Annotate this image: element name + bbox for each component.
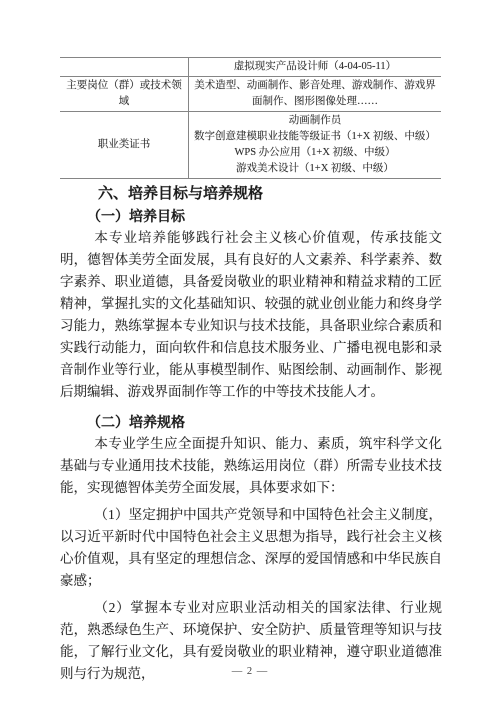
table-row-label: 职业类证书 [60,112,189,179]
paragraph-spec-intro: 本专业学生应全面提升知识、能力、素质，筑牢科学文化基础与专业通用技术技能，熟练运… [60,433,442,499]
table-cell-line: 美术造型、动画制作、影音处理、游戏制作、游戏界面制作、图形图像处理…… [193,78,437,110]
subsection-heading-objectives: （一）培养目标 [60,205,442,227]
table-row-label: 主要岗位（群）或技术领域 [60,77,189,112]
section-heading-training-objectives: 六、培养目标与培养规格 [60,183,442,205]
table-cell-main-positions: 美术造型、动画制作、影音处理、游戏制作、游戏界面制作、图形图像处理…… [189,77,442,112]
table-cell-certificates: 动画制作员 数字创意建模职业技能等级证书（1+X 初级、中级） WPS 办公应用… [189,112,442,179]
subsection-heading-specifications: （二）培养规格 [60,411,442,433]
table-row-label [60,58,189,77]
table-cell-job-title: 虚拟现实产品设计师（4-04-05-11） [189,58,442,77]
paragraph-requirement-1: （1）坚定拥护中国共产党领导和中国特色社会主义制度，以习近平新时代中国特色社会主… [60,504,442,592]
table-cell-line: 虚拟现实产品设计师（4-04-05-11） [193,59,437,75]
table-cell-line: WPS 办公应用（1+X 初级、中级） [193,145,437,161]
table-row-main-positions: 主要岗位（群）或技术领域 美术造型、动画制作、影音处理、游戏制作、游戏界面制作、… [60,77,441,112]
paragraph-training-objective: 本专业培养能够践行社会主义核心价值观，传承技能文明，德智体美劳全面发展，具有良好… [60,227,442,403]
table-row-job-title: 虚拟现实产品设计师（4-04-05-11） [60,58,441,77]
table-cell-line: 游戏美术设计（1+X 初级、中级） [193,161,437,177]
document-page: 虚拟现实产品设计师（4-04-05-11） 主要岗位（群）或技术领域 美术造型、… [0,0,500,707]
table-cell-line: 数字创意建模职业技能等级证书（1+X 初级、中级） [193,129,437,145]
document-body: 六、培养目标与培养规格 （一）培养目标 本专业培养能够践行社会主义核心价值观，传… [60,180,442,685]
page-number: — 2 — [0,666,500,677]
table-row-certificates: 职业类证书 动画制作员 数字创意建模职业技能等级证书（1+X 初级、中级） WP… [60,112,441,179]
table-cell-line: 动画制作员 [193,113,437,129]
certificates-table: 虚拟现实产品设计师（4-04-05-11） 主要岗位（群）或技术领域 美术造型、… [60,57,441,179]
